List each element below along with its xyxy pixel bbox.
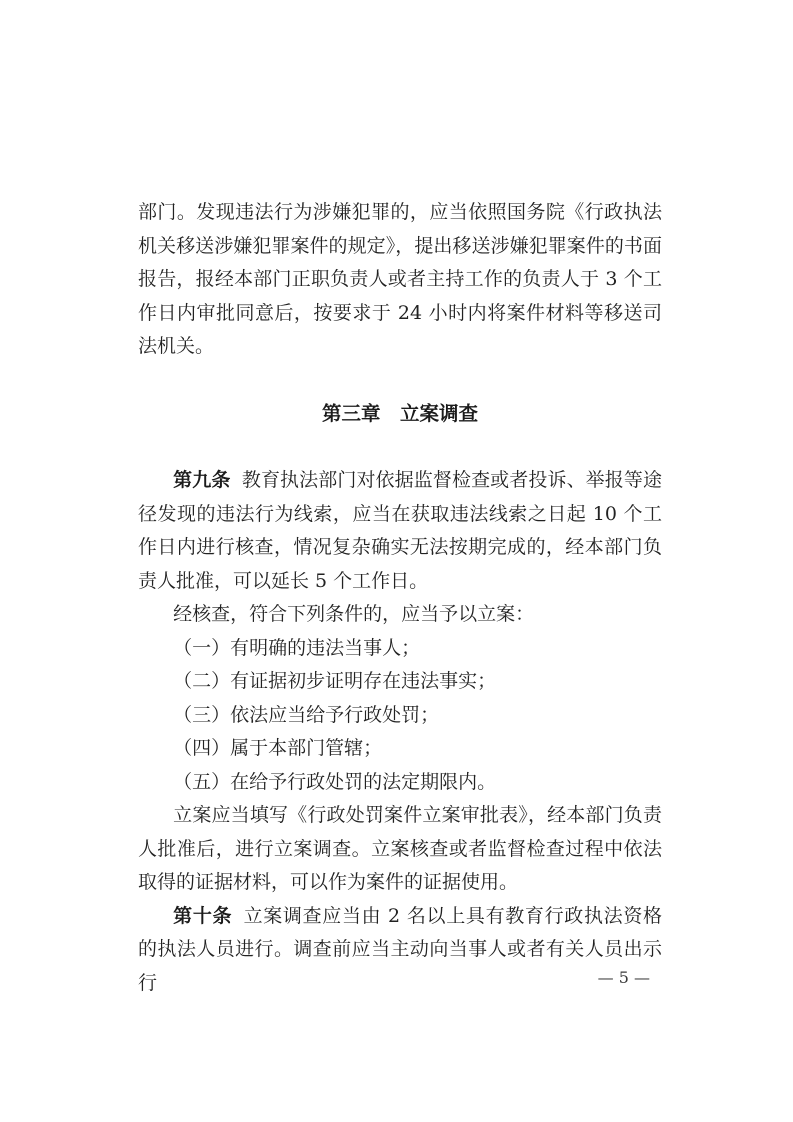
condition-item-1: （一）有明确的违法当事人； <box>138 632 662 666</box>
condition-item-2: （二）有证据初步证明存在违法事实； <box>138 665 662 699</box>
condition-item-3: （三）依法应当给予行政处罚； <box>138 699 662 733</box>
conditions-intro: 经核查，符合下列条件的，应当予以立案： <box>138 598 662 632</box>
article-10-paragraph: 第十条立案调查应当由 2 名以上具有教育行政执法资格的执法人员进行。调查前应当主… <box>138 900 662 1001</box>
filing-approval-paragraph: 立案应当填写《行政处罚案件立案审批表》，经本部门负责人批准后，进行立案调查。立案… <box>138 799 662 900</box>
document-page: 部门。发现违法行为涉嫌犯罪的，应当依照国务院《行政执法机关移送涉嫌犯罪案件的规定… <box>0 0 793 1122</box>
text-block: 部门。发现违法行为涉嫌犯罪的，应当依照国务院《行政执法机关移送涉嫌犯罪案件的规定… <box>138 196 662 1000</box>
article-9-paragraph: 第九条教育执法部门对依据监督检查或者投诉、举报等途径发现的违法行为线索，应当在获… <box>138 464 662 598</box>
continuation-paragraph: 部门。发现违法行为涉嫌犯罪的，应当依照国务院《行政执法机关移送涉嫌犯罪案件的规定… <box>138 196 662 364</box>
page-number: — 5 — <box>598 966 650 990</box>
condition-item-5: （五）在给予行政处罚的法定期限内。 <box>138 766 662 800</box>
condition-item-4: （四）属于本部门管辖； <box>138 732 662 766</box>
article-10-label: 第十条 <box>173 905 232 927</box>
chapter-heading: 第三章 立案调查 <box>138 397 662 431</box>
article-9-label: 第九条 <box>173 469 230 491</box>
